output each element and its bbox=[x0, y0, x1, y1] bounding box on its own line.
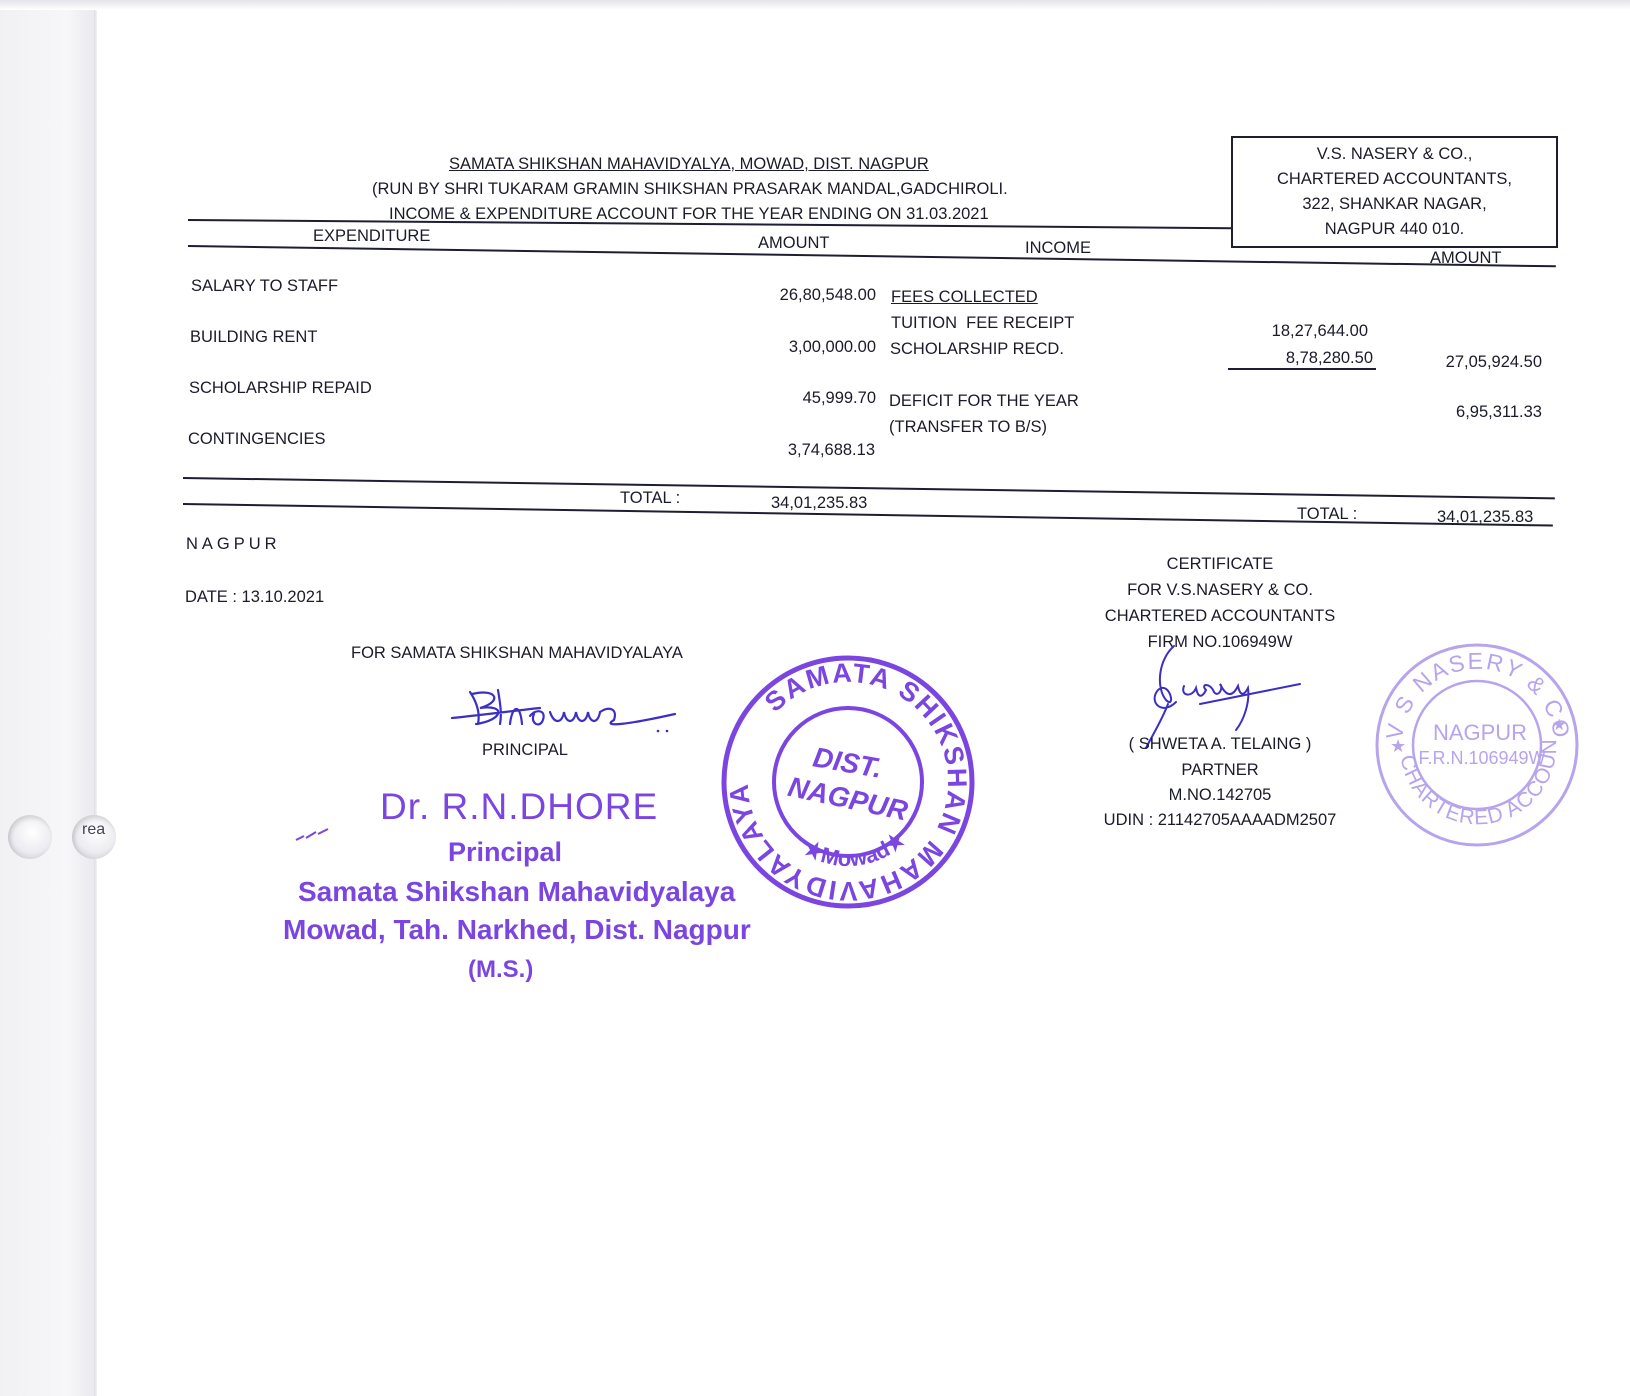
income-scholarship-amount: 8,78,280.50 bbox=[1190, 349, 1373, 368]
for-institution: FOR SAMATA SHIKSHAN MAHAVIDYALAYA bbox=[351, 644, 683, 663]
institution-title: SAMATA SHIKSHAN MAHAVIDYALYA, MOWAD, DIS… bbox=[449, 155, 929, 174]
institution-seal: SAMATA SHIKSHAN MAHAVIDYALAYA ★Mowad★ DI… bbox=[718, 652, 978, 912]
column-amount-right: AMOUNT bbox=[1430, 249, 1502, 268]
subtotal-rule bbox=[1228, 368, 1376, 370]
total-left-label: TOTAL : bbox=[620, 489, 680, 508]
scan-shadow bbox=[0, 0, 1630, 10]
binding-margin bbox=[0, 0, 96, 1396]
header-rule-bottom bbox=[188, 245, 1556, 267]
auditor-address-box: V.S. NASERY & CO., CHARTERED ACCOUNTANTS… bbox=[1231, 136, 1558, 248]
partner-name: ( SHWETA A. TELAING ) bbox=[1080, 735, 1360, 754]
certificate-for-firm: FOR V.S.NASERY & CO. bbox=[1100, 581, 1340, 600]
svg-text:★Mowad★: ★Mowad★ bbox=[800, 826, 911, 872]
total-left-value: 34,01,235.83 bbox=[771, 494, 867, 513]
expenditure-amount: 26,80,548.00 bbox=[700, 286, 876, 305]
principal-stamp-state: (M.S.) bbox=[468, 956, 533, 984]
punch-hole-text: rea bbox=[82, 821, 105, 839]
certificate-title: CERTIFICATE bbox=[1100, 555, 1340, 574]
income-deficit-sub: (TRANSFER TO B/S) bbox=[889, 418, 1047, 437]
ca-seal-inner-line1: NAGPUR bbox=[1433, 720, 1527, 745]
expenditure-amount: 3,74,688.13 bbox=[700, 441, 875, 460]
principal-label: PRINCIPAL bbox=[482, 741, 568, 760]
certificate-firm-type: CHARTERED ACCOUNTANTS bbox=[1060, 607, 1380, 626]
partner-role: PARTNER bbox=[1100, 761, 1340, 780]
income-deficit-label: DEFICIT FOR THE YEAR bbox=[889, 392, 1079, 411]
total-rule-top bbox=[183, 477, 1555, 499]
column-income: INCOME bbox=[1025, 239, 1091, 258]
run-by-line: (RUN BY SHRI TUKARAM GRAMIN SHIKSHAN PRA… bbox=[372, 180, 1008, 199]
expenditure-amount: 45,999.70 bbox=[700, 389, 876, 408]
ca-seal-inner-line2: F.R.N.106949W bbox=[1418, 748, 1545, 768]
seal-bottom-text: ★Mowad★ bbox=[800, 826, 911, 872]
total-right-label: TOTAL : bbox=[1297, 505, 1357, 524]
expenditure-label: CONTINGENCIES bbox=[188, 430, 326, 449]
expenditure-label: SCHOLARSHIP REPAID bbox=[189, 379, 372, 398]
ca-signature bbox=[1140, 640, 1310, 750]
auditor-line-4: NAGPUR 440 010. bbox=[1233, 217, 1556, 242]
punch-hole-right: rea bbox=[72, 815, 116, 859]
page-edge bbox=[94, 0, 97, 1396]
place: NAGPUR bbox=[186, 535, 281, 554]
expenditure-label: SALARY TO STAFF bbox=[191, 277, 338, 296]
principal-stamp-name: Dr. R.N.DHORE bbox=[380, 786, 658, 828]
income-fees-total: 27,05,924.50 bbox=[1380, 353, 1542, 372]
membership-no: M.NO.142705 bbox=[1100, 786, 1340, 805]
date: DATE : 13.10.2021 bbox=[185, 588, 324, 607]
auditor-line-3: 322, SHANKAR NAGAR, bbox=[1233, 192, 1556, 217]
stamp-mark bbox=[294, 826, 334, 846]
expenditure-label: BUILDING RENT bbox=[190, 328, 317, 347]
income-tuition-amount: 18,27,644.00 bbox=[1190, 322, 1368, 341]
principal-signature bbox=[450, 684, 710, 734]
auditor-line-2: CHARTERED ACCOUNTANTS, bbox=[1233, 167, 1556, 192]
total-right-value: 34,01,235.83 bbox=[1437, 508, 1533, 527]
expenditure-amount: 3,00,000.00 bbox=[700, 338, 876, 357]
principal-stamp-title: Principal bbox=[448, 837, 562, 868]
income-deficit-amount: 6,95,311.33 bbox=[1380, 403, 1542, 422]
column-amount-left: AMOUNT bbox=[758, 234, 830, 253]
income-scholarship-label: SCHOLARSHIP RECD. bbox=[890, 340, 1064, 359]
star-icon: ★ bbox=[1552, 717, 1566, 734]
column-expenditure: EXPENDITURE bbox=[313, 227, 430, 246]
seal-inner-line2: NAGPUR bbox=[785, 771, 911, 827]
income-tuition-label: TUITION FEE RECEIPT bbox=[891, 314, 1074, 333]
principal-stamp-institution: Samata Shikshan Mahavidyalaya bbox=[298, 876, 735, 908]
ca-seal: V S NASERY & CO. CHARTERED ACCOUNTANT NA… bbox=[1372, 640, 1582, 850]
income-fees-heading: FEES COLLECTED bbox=[891, 288, 1038, 307]
punch-hole-left bbox=[8, 815, 52, 859]
udin: UDIN : 21142705AAAADM2507 bbox=[1060, 811, 1380, 830]
star-icon: ★ bbox=[1390, 736, 1406, 756]
auditor-line-1: V.S. NASERY & CO., bbox=[1233, 142, 1556, 167]
principal-stamp-address: Mowad, Tah. Narkhed, Dist. Nagpur bbox=[283, 914, 751, 946]
